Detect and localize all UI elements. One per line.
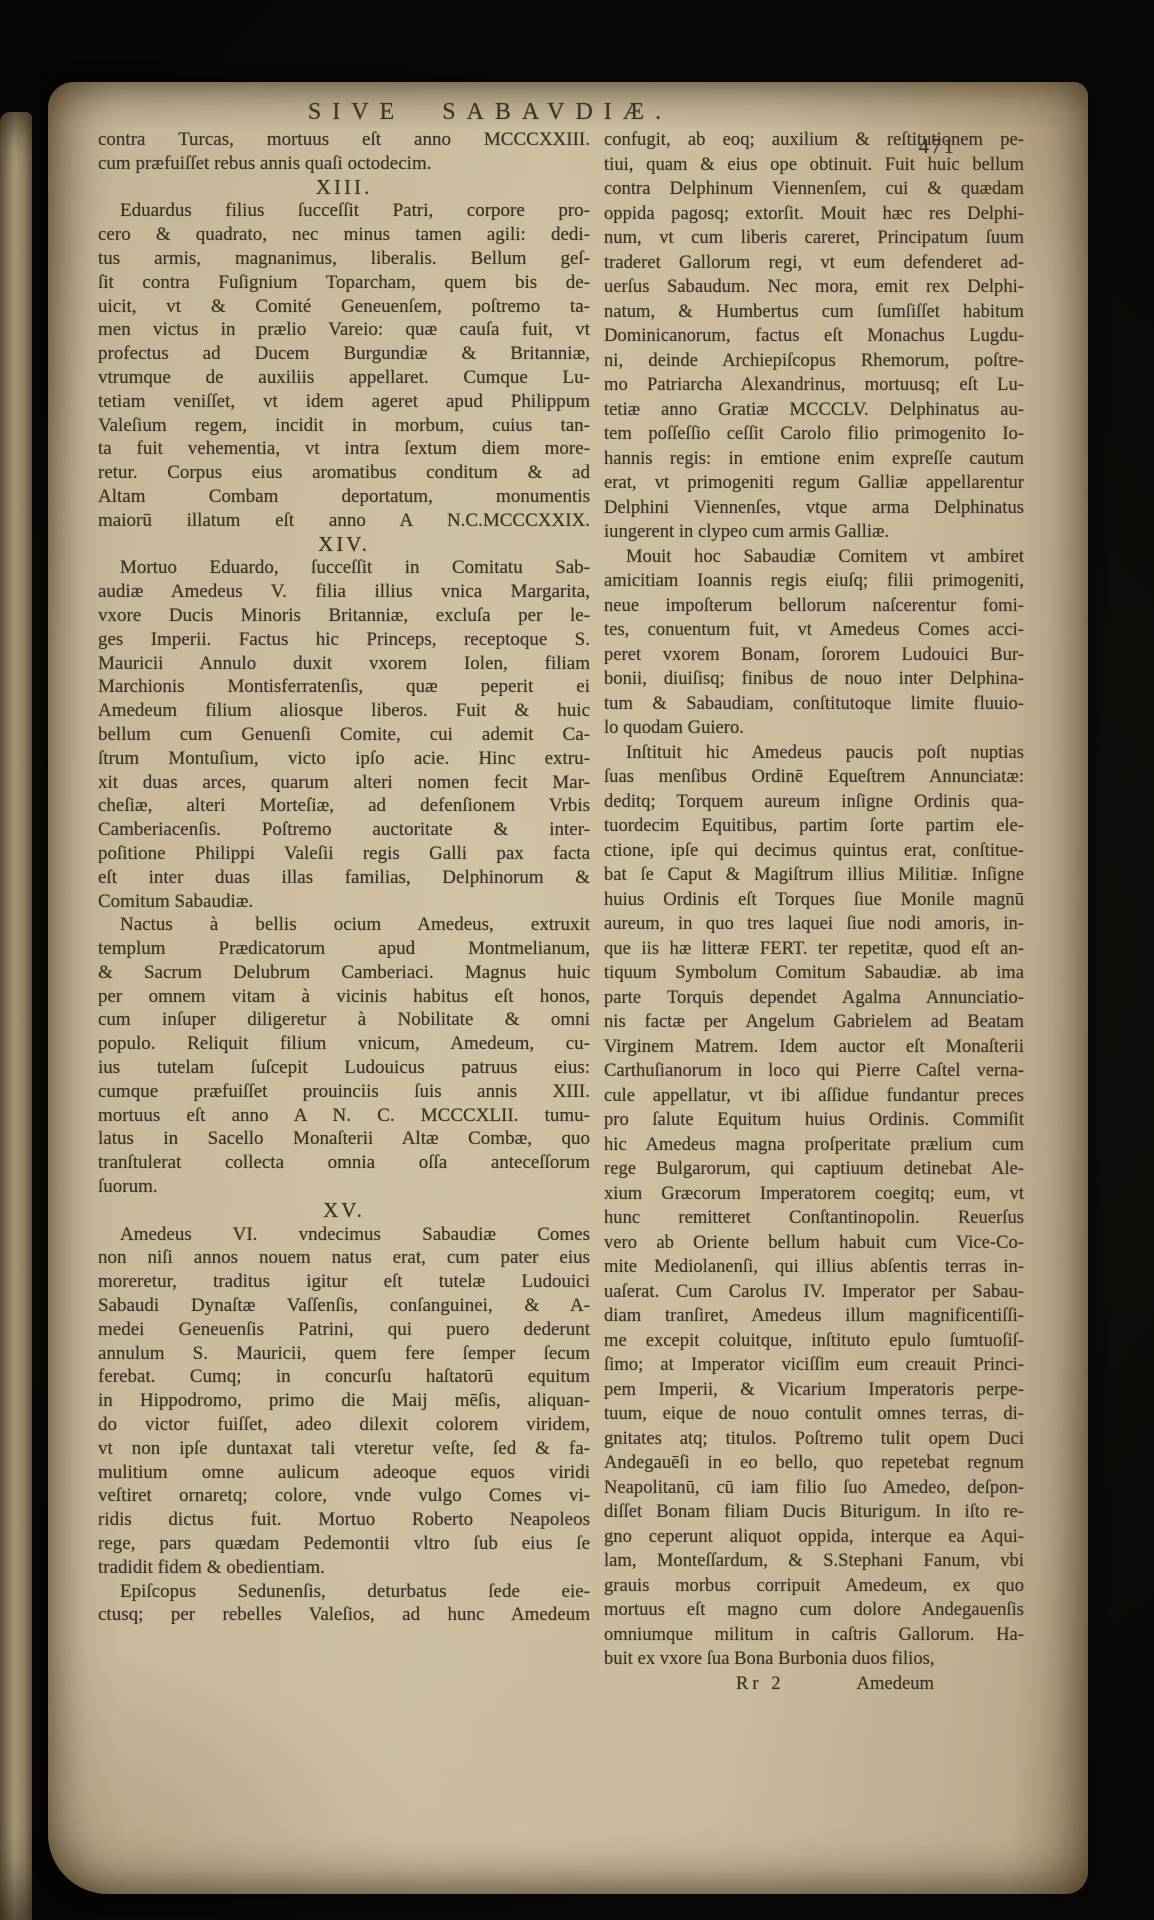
left-column: contra Turcas, mortuus eſt anno MCCCXXII… [98,128,590,1696]
text-line: ſuas menſibus Ordinē Equeſtrem Annunciat… [604,765,1024,790]
text-line: tiui, quam & eius ope obtinuit. Fuit hui… [604,153,1024,178]
text-line: bellum cum Genuenſi Comite, cui ademit C… [98,723,590,747]
text-line: Andegauēſi in eo bello, quo repetebat re… [604,1451,1024,1476]
text-line: gno ceperunt aliquot oppida, interque ea… [604,1525,1024,1550]
section-heading: XIV. [98,533,590,557]
text-line: vt non ipſe duntaxat tali vteretur veſte… [98,1437,590,1461]
text-line: Virginem Matrem. Idem auctor eſt Monaſte… [604,1035,1024,1060]
text-line: ferebat. Cumq; in concurſu haſtatorū equ… [98,1365,590,1389]
text-line: Epiſcopus Sedunenſis, deturbatus ſede ei… [98,1580,590,1604]
text-line: Mortuo Eduardo, ſucceſſit in Comitatu Sa… [98,556,590,580]
text-line: buit ex vxore ſua Bona Burbonia duos fil… [604,1647,1024,1672]
text-line: Inſtituit hic Amedeus paucis poſt nuptia… [604,741,1024,766]
text-line: hunc remitteret Conſtantinopolin. Reuerſ… [604,1206,1024,1231]
text-line: pro ſalute Equitum huius Ordinis. Commiſ… [604,1108,1024,1133]
text-line: vero ab Oriente bellum habuit cum Vice-C… [604,1231,1024,1256]
running-title: SIVE SABAVDIÆ. [0,82,1010,126]
text-line: lam, Monteſſardum, & S.Stephani Fanum, v… [604,1549,1024,1574]
text-line: tiquum Symbolum Comitum Sabaudiæ. ab ima [604,961,1024,986]
text-line: in Hippodromo, primo die Maij mēſis, ali… [98,1389,590,1413]
text-line: aureum, in quo tres laquei ſiue nodi amo… [604,912,1024,937]
text-line: Sabaudi Dynaſtæ Vaſſenſis, conſanguinei,… [98,1294,590,1318]
text-line: ctione, ipſe qui decimus quintus erat, c… [604,839,1024,864]
text-line: Amedeum filium aliosque liberos. Fuit & … [98,699,590,723]
text-line: peret vxorem Bonam, ſororem Ludouici Bur… [604,643,1024,668]
text-line: do victor fuiſſet, adeo dilexit colorem … [98,1413,590,1437]
text-line: medei Geneuenſis Patrini, qui puero dede… [98,1318,590,1342]
text-line: ſit contra Fuſignium Toparcham, quem bis… [98,271,590,295]
text-line: deditq; Torquem aureum inſigne Ordinis q… [604,790,1024,815]
text-line: confugit, ab eoq; auxilium & reſtitution… [604,128,1024,153]
text-line: diſſet Bonam filiam Ducis Biturigum. In … [604,1500,1024,1525]
text-line: rege Bulgarorum, qui captiuum detinebat … [604,1157,1024,1182]
text-line: grauis morbus corripuit Amedeum, ex quo [604,1574,1024,1599]
text-line: bonii, diuiſisq; finibus de nouo inter D… [604,667,1024,692]
text-line: Neapolitanū, cū iam filio ſuo Amedeo, de… [604,1476,1024,1501]
text-line: veſtiret ornaretq; colore, vnde vulgo Co… [98,1484,590,1508]
text-line: diam tranſiret, Amedeus illum magnificen… [604,1304,1024,1329]
text-line: Marchionis Montisferratenſis, quæ peperi… [98,675,590,699]
text-line: ſtrum Montuſium, victo ipſo acie. Hinc e… [98,747,590,771]
text-line: vxore Ducis Minoris Britanniæ, excluſa p… [98,604,590,628]
text-line: tetiam veniſſet, vt idem ageret apud Phi… [98,390,590,414]
text-line: cum inſuper diligeretur à Nobilitate & o… [98,1008,590,1032]
text-line: ni, deinde Archiepiſcopus Rhemorum, poſt… [604,349,1024,374]
text-line: non niſi annos nouem natus erat, cum pat… [98,1246,590,1270]
text-line: erat, vt primogeniti regum Galliæ appell… [604,471,1024,496]
text-line: omniumque militum in caſtris Gallorum. H… [604,1623,1024,1648]
text-line: populo. Reliquit filium vnicum, Amedeum,… [98,1032,590,1056]
text-line: Mauricii Annulo duxit vxorem Iolen, fili… [98,652,590,676]
text-line: parte Torquis dependet Agalma Annunciati… [604,986,1024,1011]
text-line: Eduardus filius ſucceſſit Patri, corpore… [98,199,590,223]
text-line: uicit, vt & Comité Geneuenſem, poſtremo … [98,295,590,319]
text-line: tem poſſeſſio ceſſit Carolo filio primog… [604,422,1024,447]
text-line: ſimo; at Imperator viciſſim eum creauit … [604,1353,1024,1378]
text-line: nis factæ per Angelum Gabrielem ad Beata… [604,1010,1024,1035]
text-line: tus armis, magnanimus, liberalis. Bellum… [98,247,590,271]
text-line: Mouit hoc Sabaudiæ Comitem vt ambiret [604,545,1024,570]
text-line: ius tutelam ſuſcepit Ludouicus patruus e… [98,1056,590,1080]
text-line: num, vt cum liberis careret, Principatum… [604,226,1024,251]
running-head: SIVE SABAVDIÆ. 471 [48,82,1088,126]
text-line: Delphini Viennenſes, vtque arma Delphina… [604,496,1024,521]
text-line: huius Ordinis eſt Torques ſiue Monile ma… [604,888,1024,913]
text-line: uaſerat. Cum Carolus IV. Imperator per S… [604,1280,1024,1305]
text-line: tum & Sabaudiam, conſtitutoque limite fl… [604,692,1024,717]
text-line: audiæ Amedeus V. filia illius vnica Marg… [98,580,590,604]
text-line: Dominicanorum, factus eſt Monachus Lugdu… [604,324,1024,349]
section-heading: XV. [98,1199,590,1223]
text-line: ges Imperii. Factus hic Princeps, recept… [98,628,590,652]
text-line: tuordecim Equitibus, partim ſorte partim… [604,814,1024,839]
text-line: mo Patriarcha Alexandrinus, mortuusq; eſ… [604,373,1024,398]
text-line: profectus ad Ducem Burgundiæ & Britanniæ… [98,342,590,366]
text-line: uerſus Sabaudum. Nec mora, emit rex Delp… [604,275,1024,300]
text-line: tranſtulerat collecta omnia oſſa anteceſ… [98,1151,590,1175]
text-line: mulitium omne aulicum adeoque equos viri… [98,1461,590,1485]
text-line: iungerent in clypeo cum armis Galliæ. [604,520,1024,545]
text-line: latus in Sacello Monaſterii Altæ Combæ, … [98,1127,590,1151]
text-line: Nactus à bellis ocium Amedeus, extruxit [98,913,590,937]
text-line: cule appellatur, vt ibi aſſidue fundantu… [604,1084,1024,1109]
text-line: tetiæ anno Gratiæ MCCCLV. Delphinatus au… [604,398,1024,423]
scan-background: SIVE SABAVDIÆ. 471 contra Turcas, mortuu… [0,0,1154,1920]
text-line: men victus in prælio Vareio: quæ cauſa f… [98,318,590,342]
book-page: SIVE SABAVDIÆ. 471 contra Turcas, mortuu… [48,82,1088,1894]
text-line: tradidit fidem & obedientiam. [98,1556,590,1580]
text-line: ta fuit vehementia, vt intra ſextum diem… [98,437,590,461]
text-line: Amedeus VI. vndecimus Sabaudiæ Comes [98,1223,590,1247]
signature-row: Rr 2 Amedeum [604,1672,1024,1697]
text-line: cero & quadrato, nec minus tamen agili: … [98,223,590,247]
text-line: gnitates atq; titulos. Poſtremo tulit op… [604,1427,1024,1452]
text-line: cheſiæ, alteri Morteſiæ, ad defenſionem … [98,794,590,818]
text-line: mortuus eſt magno cum dolore Andegauenſi… [604,1598,1024,1623]
text-line: que iis hæ litteræ FERT. ter repetitæ, q… [604,937,1024,962]
catchword: Amedeum [857,1672,934,1697]
text-line: me excepit coluitque, inſtituto epulo ſu… [604,1329,1024,1354]
section-heading: XIII. [98,176,590,200]
text-line: pem Imperii, & Vicarium Imperatoris perp… [604,1378,1024,1403]
text-line: Altam Combam deportatum, monumentis [98,485,590,509]
text-line: Comitum Sabaudiæ. [98,890,590,914]
adjacent-page-edge [0,112,32,1920]
text-line: per omnem vitam à vicinis habitus eſt ho… [98,985,590,1009]
text-line: retur. Corpus eius aromatibus conditum &… [98,461,590,485]
text-line: ctusq; per rebelles Valeſios, ad hunc Am… [98,1603,590,1627]
text-line: rege, pars quædam Pedemontii vltro ſub e… [98,1532,590,1556]
text-line: tuum, eique de nouo contulit omnes terra… [604,1402,1024,1427]
text-line: templum Prædicatorum apud Montmelianum, [98,937,590,961]
text-line: Carthuſianorum in loco qui Pierre Caſtel… [604,1059,1024,1084]
text-line: Valeſium regem, incidit in morbum, cuius… [98,414,590,438]
text-line: mite Mediolanenſi, qui illius abſentis t… [604,1255,1024,1280]
page-number: 471 [919,134,957,159]
text-block: contra Turcas, mortuus eſt anno MCCCXXII… [48,126,1088,1696]
text-line: natum, & Humbertus cum ſumſiſſet habitum [604,300,1024,325]
text-line: bat ſe Caput & Magiſtrum illius Militiæ.… [604,863,1024,888]
text-line: maiorū illatum eſt anno A N.C.MCCCXXIX. [98,509,590,533]
text-line: lo quodam Guiero. [604,716,1024,741]
text-line: xit duas arces, quarum alteri nomen feci… [98,771,590,795]
text-line: poſitione Philippi Valeſii regis Galli p… [98,842,590,866]
text-line: oppida pagosq; extorſit. Mouit hæc res D… [604,202,1024,227]
text-line: contra Turcas, mortuus eſt anno MCCCXXII… [98,128,590,152]
text-line: traderet Gallorum regi, vt eum defendere… [604,251,1024,276]
text-line: eſt inter duas illas familias, Delphinor… [98,866,590,890]
text-line: ſuorum. [98,1175,590,1199]
right-column: confugit, ab eoq; auxilium & reſtitution… [604,128,1024,1696]
text-line: cum præfuiſſet rebus annis quaſi octodec… [98,152,590,176]
text-line: contra Delphinum Viennenſem, cui & quæda… [604,177,1024,202]
text-line: ridis dictus fuit. Mortuo Roberto Neapol… [98,1508,590,1532]
text-line: amicitiam Ioannis regis eiuſq; filii pri… [604,569,1024,594]
text-line: cumque præfuiſſet prouinciis ſuis annis … [98,1080,590,1104]
text-line: hannis regis: in emtione enim expreſſe c… [604,447,1024,472]
text-line: moreretur, traditus igitur eſt tutelæ Lu… [98,1270,590,1294]
text-line: Camberiacenſis. Poſtremo auctoritate & i… [98,818,590,842]
text-line: & Sacrum Delubrum Camberiaci. Magnus hui… [98,961,590,985]
text-line: vtrumque de auxiliis appellaret. Cumque … [98,366,590,390]
text-line: tes, conuentum fuit, vt Amedeus Comes ac… [604,618,1024,643]
text-line: annulum S. Mauricii, quem fere ſemper ſe… [98,1342,590,1366]
gathering-signature: Rr 2 [736,1672,785,1697]
text-line: hic Amedeus magna proſperitate prælium c… [604,1133,1024,1158]
text-line: mortuus eſt anno A N. C. MCCCXLII. tumu- [98,1104,590,1128]
text-line: neue impoſterum bellorum naſcerentur fom… [604,594,1024,619]
text-line: xium Græcorum Imperatorem coegitq; eum, … [604,1182,1024,1207]
